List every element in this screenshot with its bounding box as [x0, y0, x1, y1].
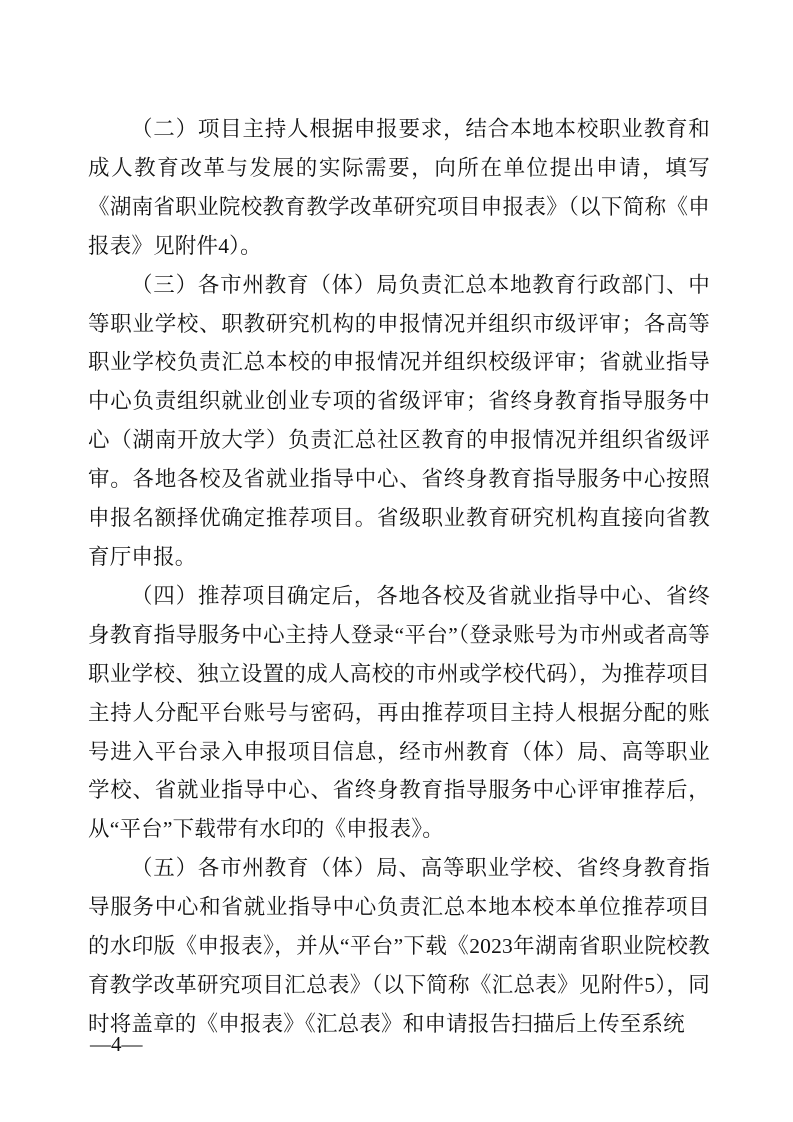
paragraph: （二）项目主持人根据申报要求，结合本地本校职业教育和成人教育改革与发展的实际需要… [88, 110, 710, 266]
page-number: —4— [90, 1032, 143, 1056]
document-body: （二）项目主持人根据申报要求，结合本地本校职业教育和成人教育改革与发展的实际需要… [88, 110, 710, 1044]
paragraph: （四）推荐项目确定后，各地各校及省就业指导中心、省终身教育指导服务中心主持人登录… [88, 577, 710, 849]
paragraph: （三）各市州教育（体）局负责汇总本地教育行政部门、中等职业学校、职教研究机构的申… [88, 266, 710, 577]
paragraph: （五）各市州教育（体）局、高等职业学校、省终身教育指导服务中心和省就业指导中心负… [88, 849, 710, 1044]
document-page: （二）项目主持人根据申报要求，结合本地本校职业教育和成人教育改革与发展的实际需要… [0, 0, 793, 1122]
